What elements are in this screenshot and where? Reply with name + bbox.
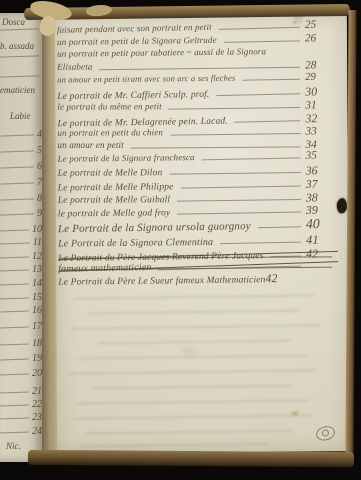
showthrough-line [88, 310, 300, 315]
ledger-number: 21 [32, 387, 42, 397]
ledger-number: 14 [32, 279, 42, 289]
ledger-row: 14 [0, 279, 42, 289]
showthrough-line [69, 369, 315, 374]
ledger-number: 10 [32, 225, 42, 235]
entry-number: 40 [306, 216, 342, 233]
entry-text: un amour en petit tirant avec son arc a … [57, 73, 235, 85]
ledger-rule [0, 166, 34, 168]
ledger-row: 8 [0, 194, 42, 204]
manuscript-photo: Doscab. assadaematicienLabieNic. 4567891… [0, 0, 361, 480]
entry-rule [235, 120, 301, 122]
entry-rule [258, 226, 301, 228]
entry-number: 32 [305, 111, 341, 127]
showthrough-line [93, 385, 291, 390]
ledger-number: 24 [32, 427, 42, 437]
ledger-row: 18 [0, 339, 42, 349]
entry-number [306, 266, 342, 267]
ledger-number: 11 [33, 238, 42, 248]
ledger-number: 13 [32, 265, 42, 275]
entry-number: 33 [305, 125, 341, 137]
entry-rule [271, 255, 302, 257]
ledger-rule [0, 310, 29, 312]
entry-line: un portrait en petit pour tabatiere ~ au… [57, 45, 341, 58]
entry-rule [177, 212, 301, 215]
ledger-number: 16 [32, 306, 42, 316]
entry-rule [216, 93, 300, 96]
paper-stain [290, 409, 300, 417]
entry-number: 29 [305, 72, 341, 83]
entry-number: 31 [305, 99, 341, 111]
facing-page-text: b. assada [0, 41, 34, 51]
ledger-rule [0, 431, 29, 433]
showthrough-line [85, 430, 293, 435]
entry-rule [220, 242, 301, 244]
entry-rule [224, 40, 300, 43]
ledger-number: 20 [32, 369, 42, 379]
ledger-row: 19 [0, 354, 42, 364]
entry-text: Le Portrait du Père Le Sueur fameux Math… [58, 275, 265, 288]
facing-page-text: Nic. [6, 441, 21, 451]
ledger-rule [0, 150, 34, 152]
ledger-row: 4 [0, 130, 42, 140]
ledger-rule [0, 75, 39, 77]
entry-rule [180, 186, 300, 189]
ledger-row [0, 29, 42, 30]
ledger-row: 9 [0, 209, 42, 219]
ledger-rule [0, 326, 29, 328]
entry-number: 35 [306, 149, 342, 161]
ledger-number: 22 [32, 400, 42, 410]
entry-line: Elisabeta28 [57, 59, 341, 72]
entry-text: un amour en petit [58, 140, 124, 150]
ledger-number: 18 [32, 339, 42, 349]
ledger-rule [0, 134, 34, 136]
entry-text: un portrait en petit de la Signora Geltr… [57, 35, 217, 47]
ledger-rule [0, 343, 29, 345]
ledger-row: 7 [0, 178, 42, 188]
entry-rule [131, 146, 301, 148]
entry-line: un amour en petit tirant avec son arc a … [57, 72, 341, 86]
entry-rule [219, 26, 300, 29]
manuscript-page: faisant pendant avec son portrait en pet… [55, 13, 349, 453]
entry-text: Le portrait de Melle Dilon [58, 168, 163, 179]
ledger-rule [0, 297, 29, 299]
ledger-row: 16 [0, 306, 42, 316]
entry-rule [169, 107, 301, 110]
ledger-rule [0, 229, 29, 231]
ledger-rule [0, 358, 29, 360]
ledger-rule [0, 373, 29, 375]
ledger-rule [0, 256, 29, 258]
entry-rule [170, 133, 300, 136]
showthrough-line [74, 294, 314, 299]
entry-rule [202, 157, 301, 160]
ledger-row: 10 [0, 225, 42, 235]
ledger-row [0, 76, 42, 77]
ledger-row: 21 [0, 387, 42, 397]
entry-text: Elisabeta [57, 62, 92, 72]
ledger-row [0, 56, 42, 57]
entry-line: Le Portrait du Père Le Sueur fameux Math… [58, 270, 342, 288]
entry-number: 25 [305, 18, 341, 31]
ink-blot-icon [337, 198, 347, 213]
showthrough-line [73, 414, 311, 419]
entry-text: un portrait en petit pour tabatiere ~ au… [57, 46, 266, 59]
ledger-row: 6 [0, 162, 42, 172]
entry-rule [158, 266, 301, 271]
showthrough-line [79, 443, 269, 448]
ledger-rule [0, 198, 34, 200]
entry-line: Le portrait de la Signora franchesca35 [58, 149, 342, 164]
entry-number: 42 [265, 271, 301, 286]
ledger-rule [0, 242, 30, 244]
book-fore-edge [345, 10, 356, 458]
ledger-rule [0, 269, 29, 271]
ledger-rule [0, 182, 34, 184]
ledger-number: 12 [32, 252, 42, 262]
entry-text: Le portrait de la Signora franchesca [58, 152, 195, 164]
ledger-row: 23 [0, 413, 42, 423]
ledger-rule [0, 213, 34, 215]
ledger-row: 24 [0, 427, 42, 437]
entry-number: 30 [305, 84, 341, 100]
ledger-row: 12 [0, 252, 42, 262]
ledger-row: 5 [0, 146, 42, 156]
entry-number: 28 [305, 59, 341, 71]
showthrough-line [70, 324, 320, 329]
facing-page-edge: Doscab. assadaematicienLabieNic. 4567891… [0, 13, 44, 462]
ledger-row: 13 [0, 265, 42, 275]
ledger-number: 23 [32, 413, 42, 423]
entry-text: faisant pendant avec son portrait en pet… [57, 22, 212, 35]
entry-number: 26 [305, 32, 341, 45]
collection-stamp-icon [315, 424, 337, 442]
entry-rule [99, 66, 300, 69]
paper-stain [177, 344, 203, 358]
ledger-rule [0, 55, 39, 57]
book-bottom-edge [28, 450, 354, 467]
ledger-rule [0, 391, 29, 393]
facing-page-text: ematicien [0, 85, 35, 95]
entry-rule [177, 199, 301, 202]
ledger-rule [0, 283, 29, 285]
entry-rule [242, 79, 300, 81]
ledger-rule [0, 417, 29, 419]
facing-page-text: Labie [10, 111, 31, 121]
ledger-number: 17 [32, 322, 42, 332]
ledger-row: 20 [0, 369, 42, 379]
entry-line: un portrait en petit du chien33 [57, 125, 341, 138]
ledger-row: 11 [0, 238, 42, 248]
ledger-row: 17 [0, 322, 42, 332]
entry-text: un portrait en petit du chien [57, 127, 163, 138]
ledger-number: 15 [32, 293, 42, 303]
ledger-row: 15 [0, 293, 42, 303]
showthrough-line [77, 399, 309, 404]
ledger-rule [0, 28, 39, 30]
ledger-number: 19 [32, 354, 42, 364]
entry-rule [169, 172, 300, 175]
facing-page-text: Dosca [2, 17, 25, 27]
entry-text: le portrait du même en petit [57, 101, 161, 112]
ledger-row: 22 [0, 400, 42, 410]
ledger-rule [0, 404, 29, 406]
